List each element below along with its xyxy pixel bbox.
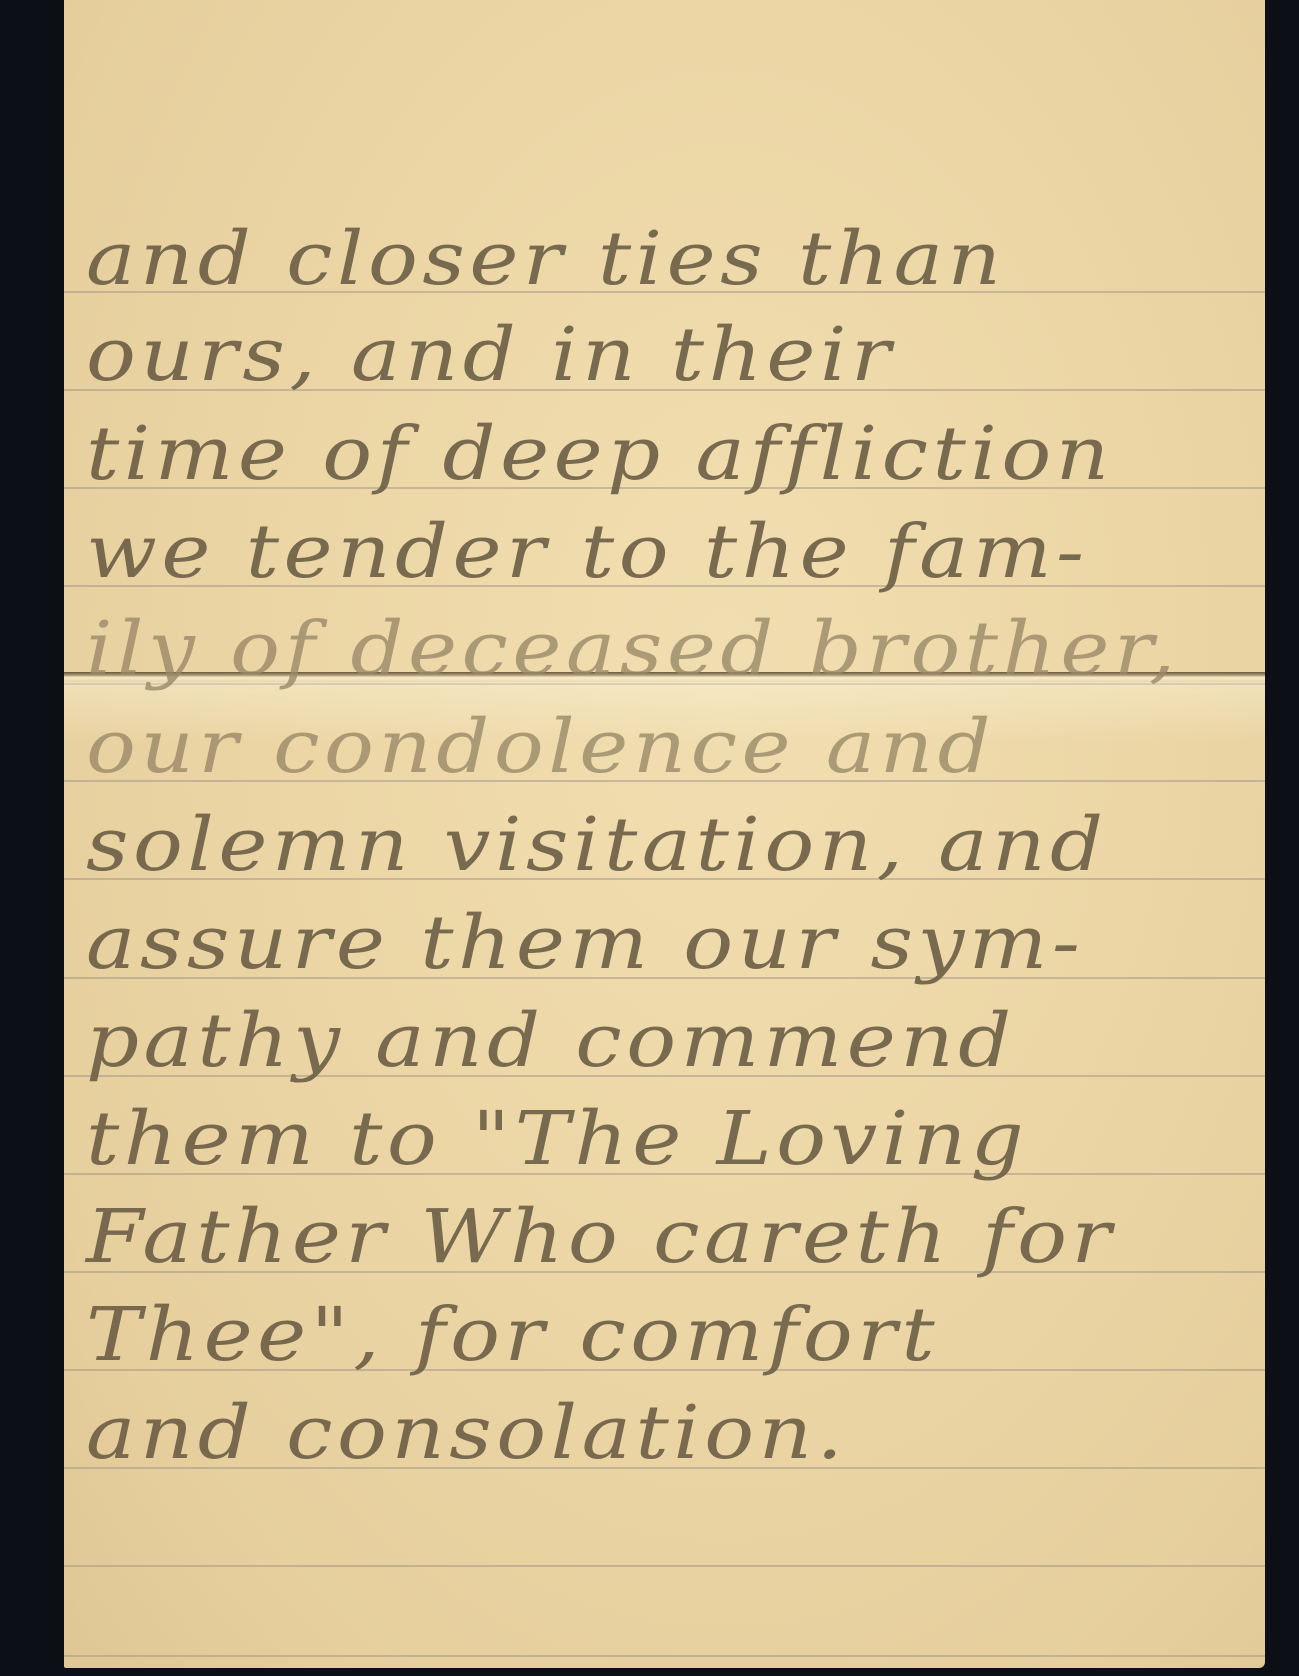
handwritten-line: them to "The Loving [86, 1102, 1028, 1176]
handwritten-line: and closer ties than [86, 222, 1005, 296]
ruled-line [64, 1565, 1265, 1567]
handwritten-line: we tender to the fam- [86, 515, 1089, 589]
handwritten-line: pathy and commend [86, 1004, 1016, 1078]
handwritten-line: ours, and in their [86, 318, 895, 392]
letter-page: and closer ties than ours, and in their … [64, 0, 1265, 1668]
handwritten-line: time of deep affliction [86, 417, 1114, 491]
handwritten-line: Thee", for comfort [86, 1298, 939, 1372]
handwritten-line: Father Who careth for [86, 1200, 1116, 1274]
handwritten-line: ily of deceased brother, [86, 612, 1180, 686]
handwritten-line: our condolence and [86, 710, 995, 784]
handwritten-line: assure them our sym- [86, 906, 1084, 980]
ruled-line [64, 1655, 1265, 1657]
handwritten-line: and consolation. [86, 1396, 847, 1470]
handwritten-line: solemn visitation, and [86, 808, 1108, 882]
